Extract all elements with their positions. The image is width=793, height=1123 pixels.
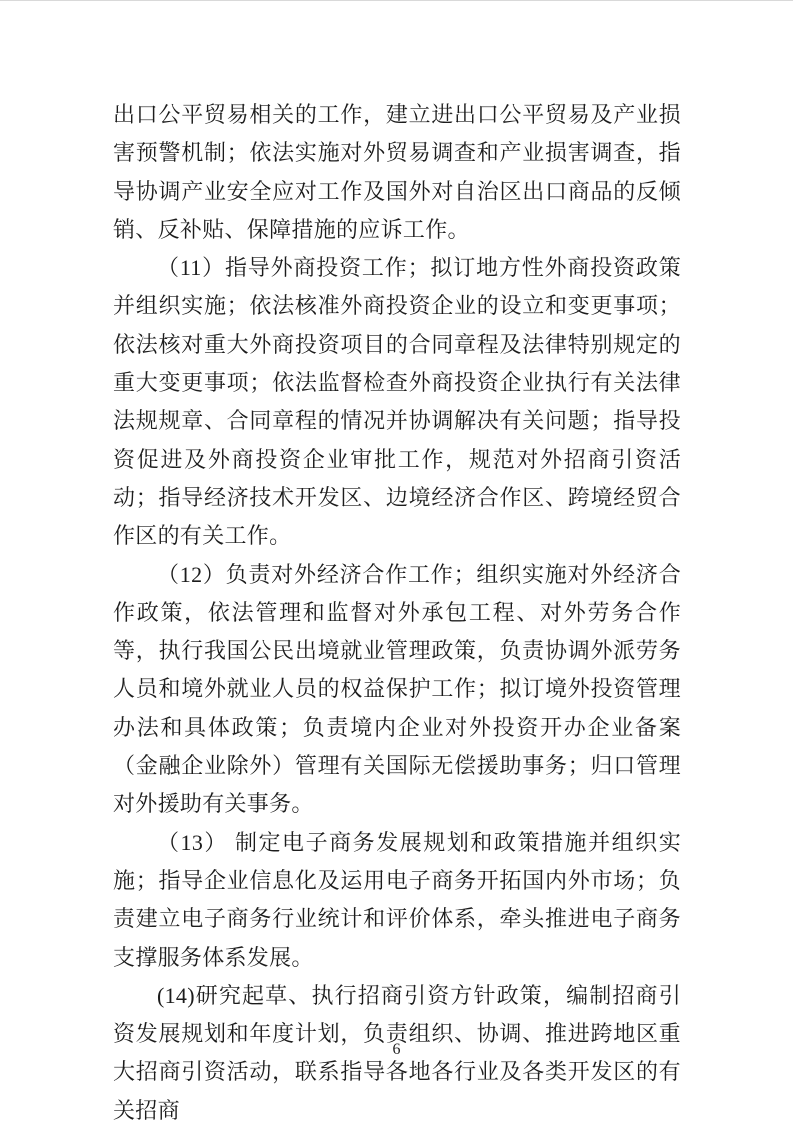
paragraph-item-12: （12）负责对外经济合作工作；组织实施对外经济合作政策，依法管理和监督对外承包工…	[113, 556, 681, 824]
page-footer: 6	[0, 1041, 793, 1059]
paragraph-item-13: （13） 制定电子商务发展规划和政策措施并组织实施；指导企业信息化及运用电子商务…	[113, 824, 681, 977]
paragraph-continuation: 出口公平贸易相关的工作，建立进出口公平贸易及产业损害预警机制；依法实施对外贸易调…	[113, 96, 681, 249]
page-body: 出口公平贸易相关的工作，建立进出口公平贸易及产业损害预警机制；依法实施对外贸易调…	[113, 96, 681, 1123]
document-page: 出口公平贸易相关的工作，建立进出口公平贸易及产业损害预警机制；依法实施对外贸易调…	[0, 0, 793, 1123]
page-number: 6	[393, 1041, 401, 1058]
paragraph-item-11: （11）指导外商投资工作；拟订地方性外商投资政策并组织实施；依法核准外商投资企业…	[113, 249, 681, 555]
